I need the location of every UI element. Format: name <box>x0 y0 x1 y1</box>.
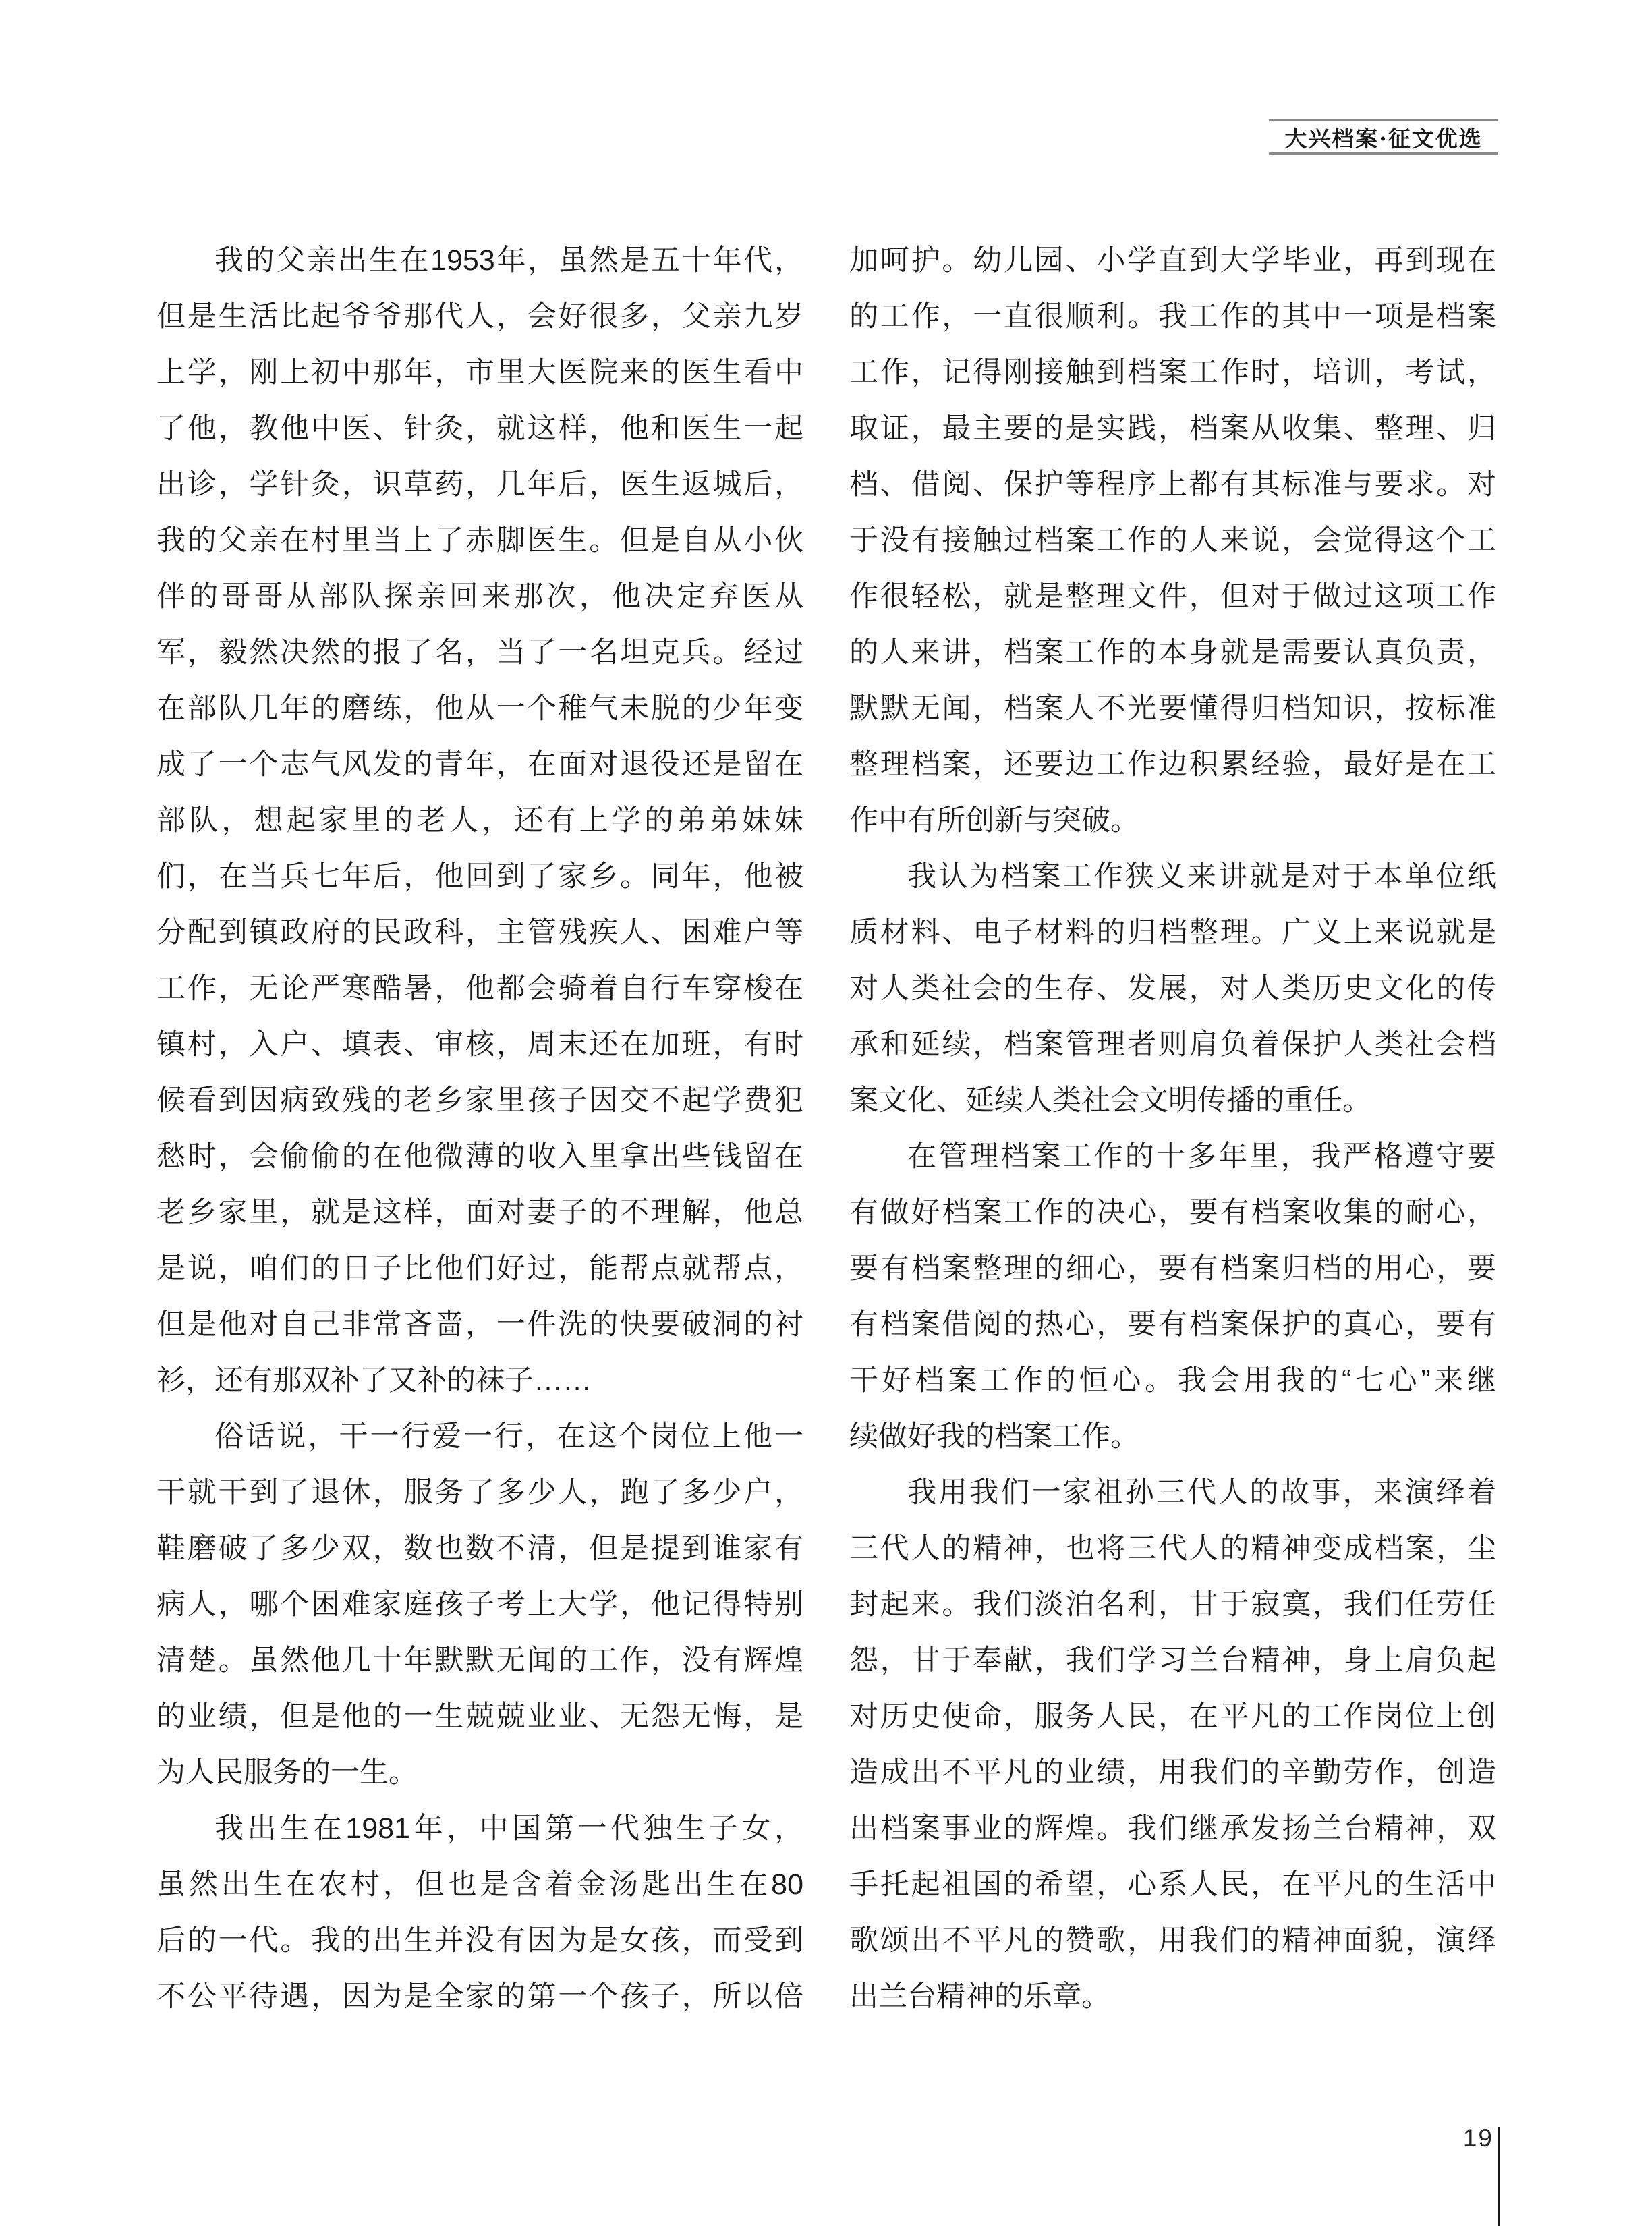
text-line: 取证，最主要的是实践，档案从收集、整理、归 <box>849 401 1496 457</box>
text-line: 但是生活比起爷爷那代人，会好很多，父亲九岁 <box>156 289 803 345</box>
text-line: 承和延续，档案管理者则肩负着保护人类社会档 <box>849 1017 1496 1073</box>
text-line: 后的一代。我的出生并没有因为是女孩，而受到 <box>156 1913 803 1969</box>
text-line: 歌颂出不平凡的赞歌，用我们的精神面貌，演绎 <box>849 1913 1496 1969</box>
page-header: 大兴档案·征文优选 <box>1269 119 1498 155</box>
text-line: 要有档案整理的细心，要有档案归档的用心，要 <box>849 1241 1496 1297</box>
document-page: 大兴档案·征文优选 我的父亲出生在1953年，虽然是五十年代，但是生活比起爷爷那… <box>0 0 1652 2226</box>
text-column-left: 我的父亲出生在1953年，虽然是五十年代，但是生活比起爷爷那代人，会好很多，父亲… <box>156 233 803 2025</box>
text-line: 了他，教他中医、针灸，就这样，他和医生一起 <box>156 401 803 457</box>
text-line: 三代人的精神，也将三代人的精神变成档案，尘 <box>849 1521 1496 1577</box>
footer-rule <box>1498 2127 1500 2226</box>
text-line: 伴的哥哥从部队探亲回来那次，他决定弃医从 <box>156 569 803 625</box>
text-line: 镇村，入户、填表、审核，周末还在加班，有时 <box>156 1017 803 1073</box>
text-line: 我的父亲在村里当上了赤脚医生。但是自从小伙 <box>156 513 803 569</box>
text-line: 但是他对自己非常吝啬，一件洗的快要破洞的衬 <box>156 1297 803 1353</box>
text-line: 作中有所创新与突破。 <box>849 793 1496 849</box>
text-line: 出档案事业的辉煌。我们继承发扬兰台精神，双 <box>849 1801 1496 1857</box>
text-line: 封起来。我们淡泊名利，甘于寂寞，我们任劳任 <box>849 1577 1496 1633</box>
text-line: 清楚。虽然他几十年默默无闻的工作，没有辉煌 <box>156 1633 803 1689</box>
text-line: 不公平待遇，因为是全家的第一个孩子，所以倍 <box>156 1969 803 2025</box>
text-line: 加呵护。幼儿园、小学直到大学毕业，再到现在 <box>849 233 1496 289</box>
text-line: 候看到因病致残的老乡家里孩子因交不起学费犯 <box>156 1073 803 1129</box>
text-line: 虽然出生在农村，但也是含着金汤匙出生在80 <box>156 1857 803 1913</box>
text-line: 工作，记得刚接触到档案工作时，培训，考试， <box>849 345 1496 401</box>
text-line: 我的父亲出生在1953年，虽然是五十年代， <box>156 233 803 289</box>
text-line: 案文化、延续人类社会文明传播的重任。 <box>849 1073 1496 1129</box>
page-number: 19 <box>1454 2124 1493 2152</box>
text-line: 有档案借阅的热心，要有档案保护的真心，要有 <box>849 1297 1496 1353</box>
text-line: 我认为档案工作狭义来讲就是对于本单位纸 <box>849 849 1496 905</box>
text-line: 衫，还有那双补了又补的袜子…… <box>156 1353 803 1409</box>
text-line: 病人，哪个困难家庭孩子考上大学，他记得特别 <box>156 1577 803 1633</box>
text-line: 对历史使命，服务人民，在平凡的工作岗位上创 <box>849 1689 1496 1745</box>
text-line: 为人民服务的一生。 <box>156 1745 803 1801</box>
text-line: 我出生在1981年，中国第一代独生子女， <box>156 1801 803 1857</box>
text-line: 在部队几年的磨练，他从一个稚气未脱的少年变 <box>156 681 803 737</box>
text-line: 于没有接触过档案工作的人来说，会觉得这个工 <box>849 513 1496 569</box>
text-line: 分配到镇政府的民政科，主管残疾人、困难户等 <box>156 905 803 961</box>
text-line: 老乡家里，就是这样，面对妻子的不理解，他总 <box>156 1185 803 1241</box>
text-line: 怨，甘于奉献，我们学习兰台精神，身上肩负起 <box>849 1633 1496 1689</box>
text-line: 我用我们一家祖孙三代人的故事，来演绎着 <box>849 1465 1496 1521</box>
text-line: 默默无闻，档案人不光要懂得归档知识，按标准 <box>849 681 1496 737</box>
text-line: 鞋磨破了多少双，数也数不清，但是提到谁家有 <box>156 1521 803 1577</box>
text-line: 续做好我的档案工作。 <box>849 1409 1496 1465</box>
text-line: 质材料、电子材料的归档整理。广义上来说就是 <box>849 905 1496 961</box>
text-line: 手托起祖国的希望，心系人民，在平凡的生活中 <box>849 1857 1496 1913</box>
text-line: 俗话说，干一行爱一行，在这个岗位上他一 <box>156 1409 803 1465</box>
text-line: 干好档案工作的恒心。我会用我的“七心”来继 <box>849 1353 1496 1409</box>
text-line: 整理档案，还要边工作边积累经验，最好是在工 <box>849 737 1496 793</box>
text-line: 是说，咱们的日子比他们好过，能帮点就帮点， <box>156 1241 803 1297</box>
text-column-right: 加呵护。幼儿园、小学直到大学毕业，再到现在的工作，一直很顺利。我工作的其中一项是… <box>849 233 1496 2025</box>
text-line: 作很轻松，就是整理文件，但对于做过这项工作 <box>849 569 1496 625</box>
text-line: 军，毅然决然的报了名，当了一名坦克兵。经过 <box>156 625 803 681</box>
text-line: 出诊，学针灸，识草药，几年后，医生返城后， <box>156 457 803 513</box>
text-line: 成了一个志气风发的青年，在面对退役还是留在 <box>156 737 803 793</box>
text-line: 的业绩，但是他的一生兢兢业业、无怨无悔，是 <box>156 1689 803 1745</box>
text-line: 工作，无论严寒酷暑，他都会骑着自行车穿梭在 <box>156 961 803 1017</box>
text-line: 上学，刚上初中那年，市里大医院来的医生看中 <box>156 345 803 401</box>
text-line: 的人来讲，档案工作的本身就是需要认真负责， <box>849 625 1496 681</box>
text-line: 的工作，一直很顺利。我工作的其中一项是档案 <box>849 289 1496 345</box>
text-line: 愁时，会偷偷的在他微薄的收入里拿出些钱留在 <box>156 1129 803 1185</box>
text-line: 出兰台精神的乐章。 <box>849 1969 1496 2025</box>
text-line: 在管理档案工作的十多年里，我严格遵守要 <box>849 1129 1496 1185</box>
text-line: 档、借阅、保护等程序上都有其标准与要求。对 <box>849 457 1496 513</box>
text-line: 干就干到了退休，服务了多少人，跑了多少户， <box>156 1465 803 1521</box>
text-line: 有做好档案工作的决心，要有档案收集的耐心， <box>849 1185 1496 1241</box>
text-line: 们，在当兵七年后，他回到了家乡。同年，他被 <box>156 849 803 905</box>
text-line: 部队，想起家里的老人，还有上学的弟弟妹妹 <box>156 793 803 849</box>
header-title: 大兴档案·征文优选 <box>1284 121 1483 153</box>
text-line: 对人类社会的生存、发展，对人类历史文化的传 <box>849 961 1496 1017</box>
text-line: 造成出不平凡的业绩，用我们的辛勤劳作，创造 <box>849 1745 1496 1801</box>
